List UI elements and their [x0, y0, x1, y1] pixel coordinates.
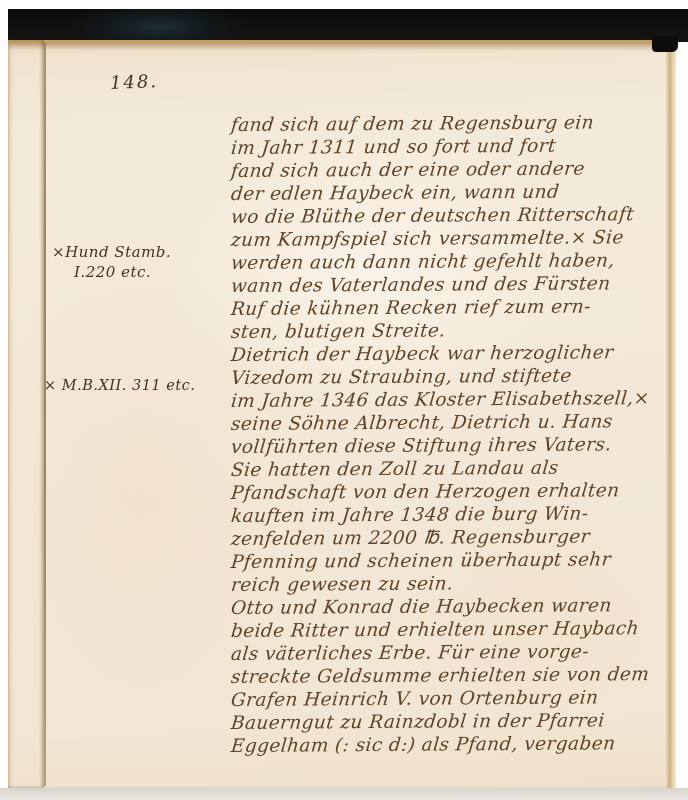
manuscript-line: streckte Geldsumme erhielten sie von dem [230, 664, 682, 688]
page-left-edge-line [44, 42, 46, 786]
gutter-shadow-band [8, 9, 688, 42]
manuscript-line: fand sich auf dem zu Regensburg ein [230, 112, 682, 136]
page-fore-edge-stack [8, 40, 44, 788]
manuscript-line: der edlen Haybeck ein, wann und [230, 181, 682, 205]
page-number: 148. [110, 71, 159, 94]
manuscript-line: Dietrich der Haybeck war herzoglicher [230, 342, 682, 366]
manuscript-line: reich gewesen zu sein. [230, 572, 682, 596]
margin-note-monumenta-boica: × M.B.XII. 311 etc. [44, 378, 195, 394]
manuscript-line: Grafen Heinrich V. von Ortenburg ein [230, 687, 682, 711]
manuscript-line: Vizedom zu Straubing, und stiftete [230, 365, 682, 389]
manuscript-line: Bauerngut zu Rainzdobl in der Pfarrei [230, 710, 682, 734]
manuscript-line: im Jahre 1346 das Kloster Elisabethszell… [230, 388, 682, 412]
manuscript-line: Pfenning und scheinen überhaupt sehr [230, 549, 682, 573]
margin-note-hund-stammbuch-line1: ×Hund Stamb. [52, 243, 171, 261]
manuscript-line: im Jahr 1311 und so fort und fort [230, 135, 682, 159]
binding-shadow-notch [652, 36, 678, 52]
manuscript-line: Sie hatten den Zoll zu Landau als [230, 457, 682, 481]
manuscript-line: vollführten diese Stiftung ihres Vaters. [230, 434, 682, 458]
manuscript-line: kauften im Jahre 1348 die burg Win- [230, 503, 682, 527]
manuscript-line: seine Söhne Albrecht, Dietrich u. Hans [230, 411, 682, 435]
manuscript-line: als väterliches Erbe. Für eine vorge- [230, 641, 682, 665]
manuscript-line: sten, blutigen Streite. [230, 319, 682, 343]
scan-bottom-edge [0, 788, 688, 800]
margin-note-hund-stammbuch-line2: I.220 etc. [74, 263, 151, 281]
manuscript-line: Pfandschaft von den Herzogen erhalten [230, 480, 682, 504]
manuscript-line: wo die Blüthe der deutschen Ritterschaft [230, 204, 682, 228]
manuscript-line: zum Kampfspiel sich versammelte.× Sie [230, 227, 682, 251]
manuscript-line: werden auch dann nicht gefehlt haben, [230, 250, 682, 274]
manuscript-line: Ruf die kühnen Recken rief zum ern- [230, 296, 682, 320]
manuscript-line: fand sich auch der eine oder andere [230, 158, 682, 182]
manuscript-line: zenfelden um 2200 ℔. Regensburger [230, 526, 682, 550]
manuscript-line: Otto und Konrad die Haybecken waren [230, 595, 682, 619]
book-scan: 148. ×Hund Stamb. I.220 etc. × M.B.XII. … [0, 0, 688, 800]
manuscript-line: beide Ritter und erhielten unser Haybach [230, 618, 682, 642]
manuscript-line: Eggelham (: sic d:) als Pfand, vergaben [230, 733, 682, 757]
manuscript-line: wann des Vaterlandes und des Fürsten [230, 273, 682, 297]
